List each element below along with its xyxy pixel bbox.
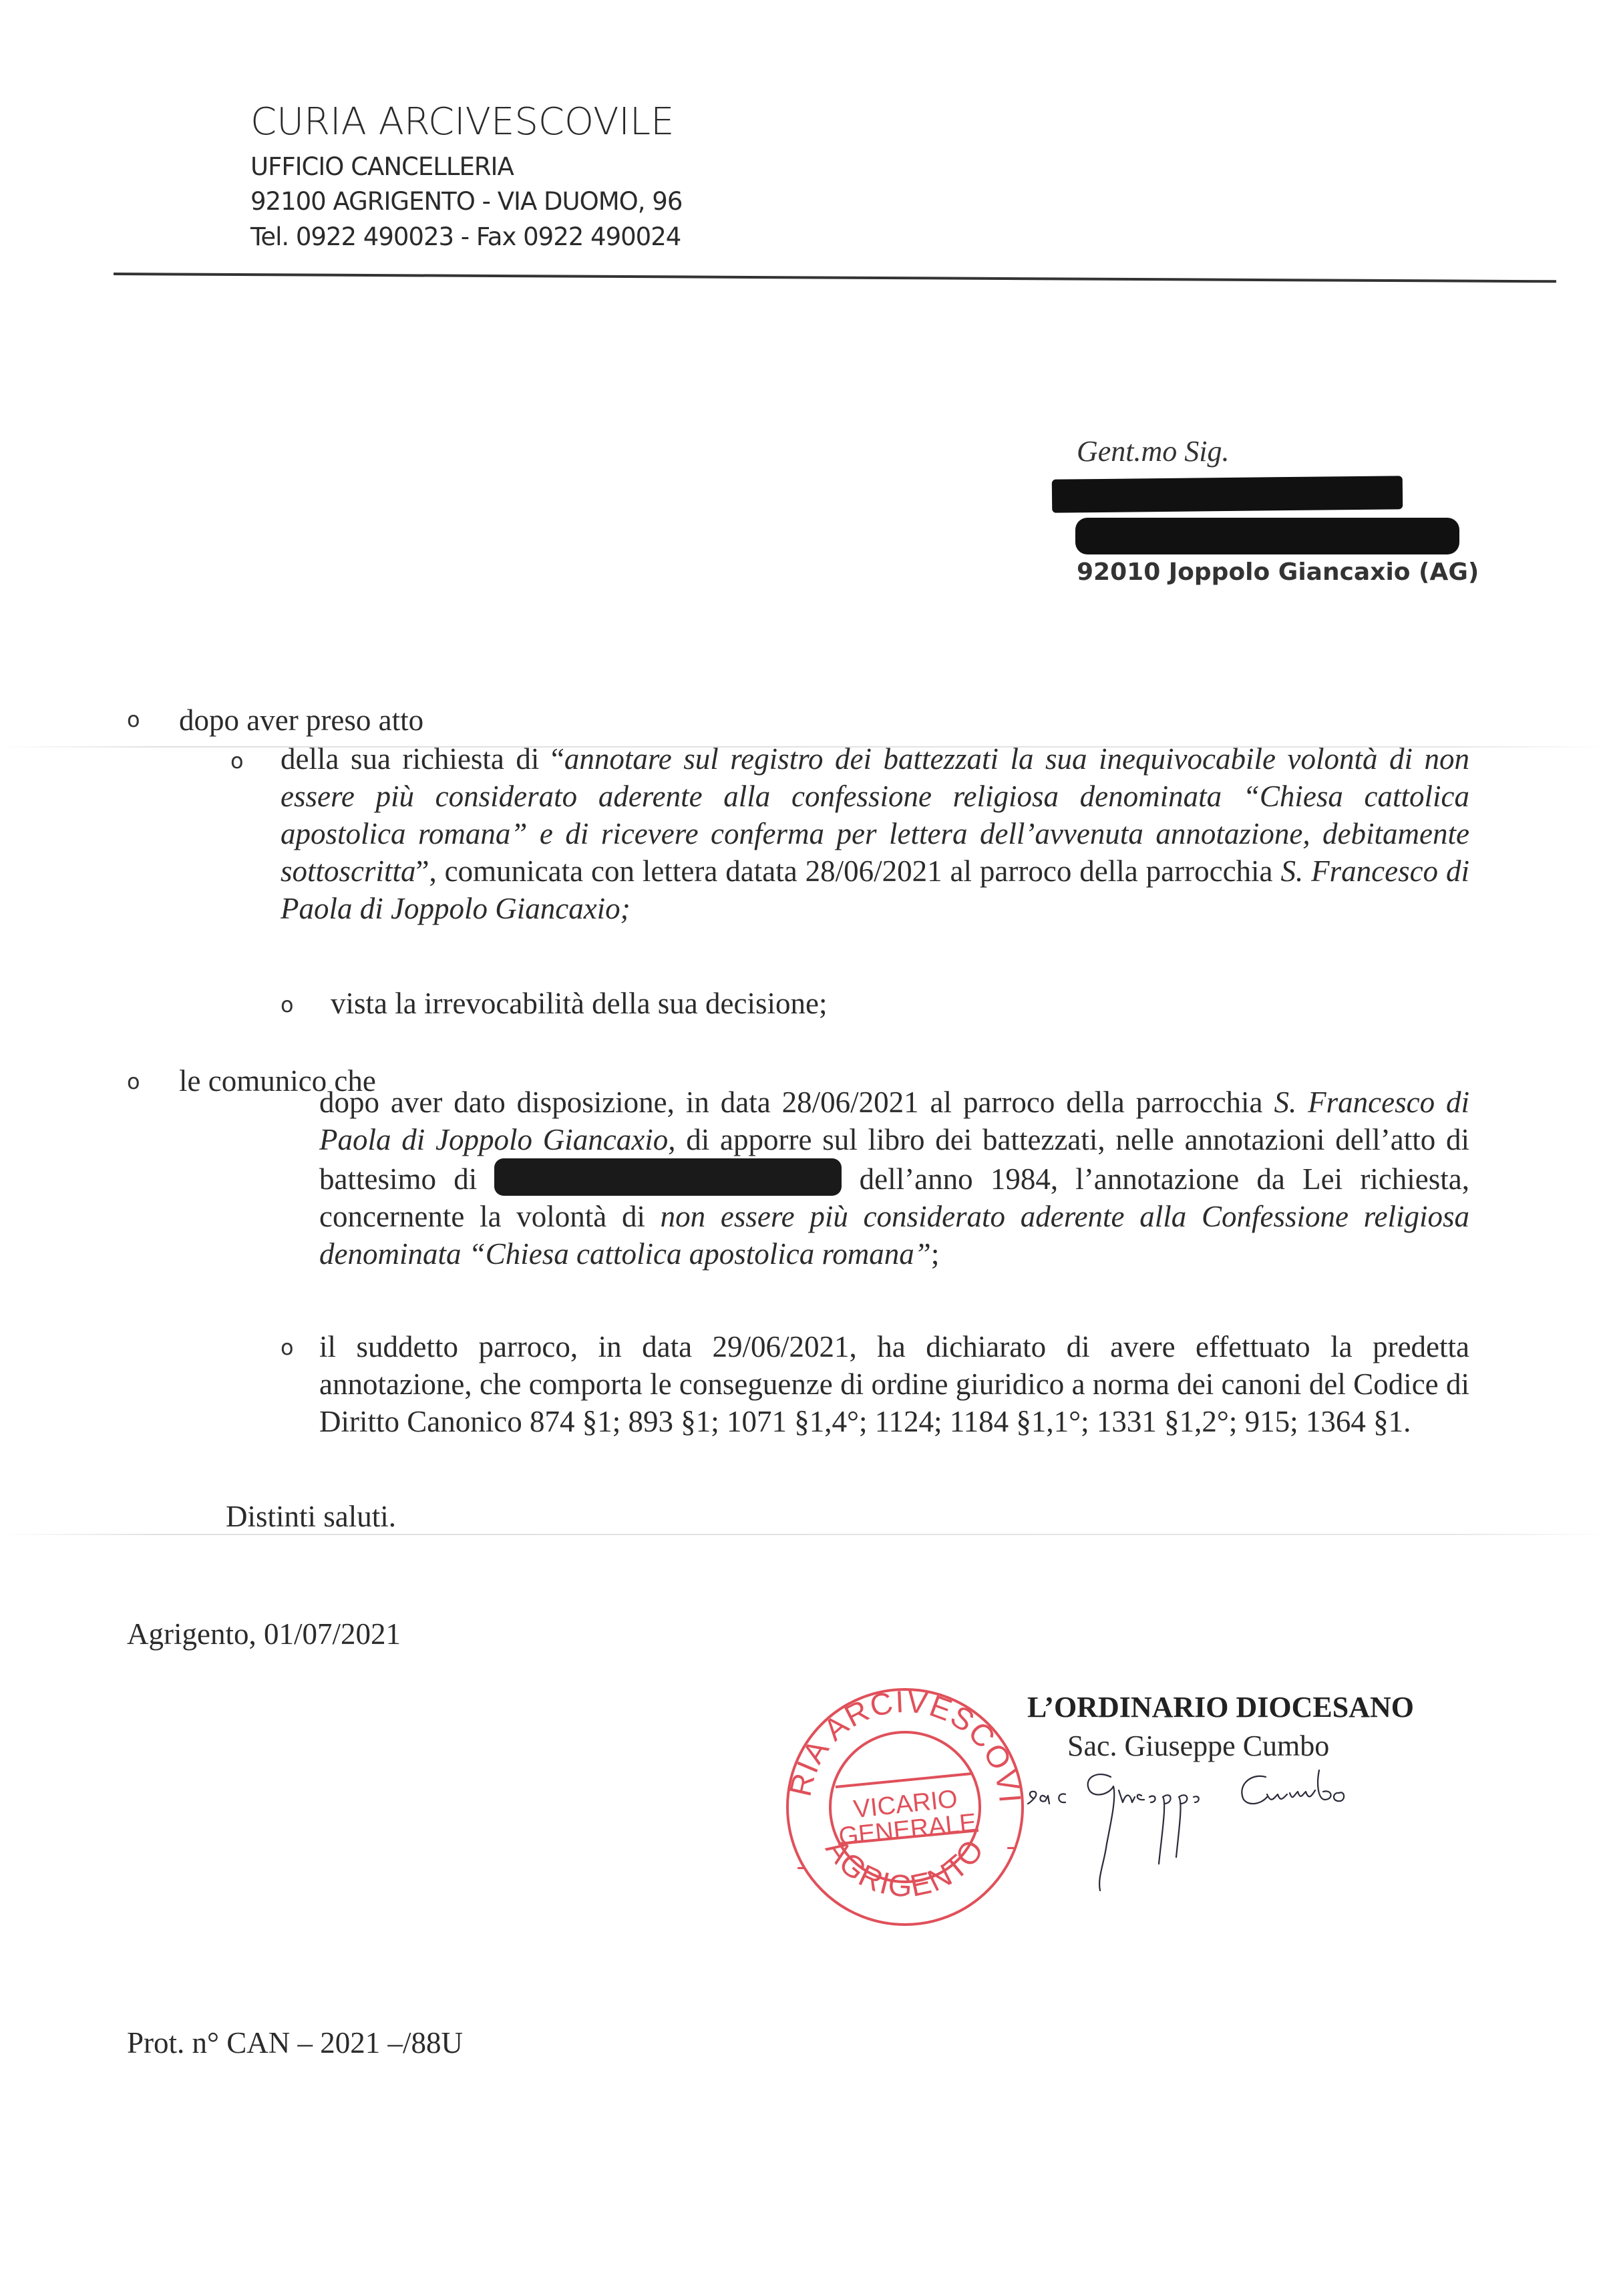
item1-label: dopo aver preso atto bbox=[179, 701, 423, 739]
stamp-text-top: CURIA ARCIVESCOVILE bbox=[778, 1680, 1028, 1805]
item1-request-paragraph: della sua richiesta di “annotare sul reg… bbox=[281, 740, 1469, 927]
letterhead-address: 92100 AGRIGENTO - VIA DUOMO, 96 bbox=[250, 187, 682, 216]
place-date: Agrigento, 01/07/2021 bbox=[127, 1615, 401, 1653]
stamp-separator: - bbox=[1006, 1832, 1015, 1861]
signatory-role: L’ORDINARIO DIOCESANO bbox=[1027, 1690, 1414, 1724]
disposition-end: ; bbox=[931, 1237, 940, 1271]
item2-disposition-paragraph: dopo aver dato disposizione, in data 28/… bbox=[319, 1084, 1469, 1273]
request-lead: della sua richiesta di “ bbox=[281, 742, 564, 776]
letterhead-title: CURIA ARCIVESCOVILE bbox=[250, 100, 675, 144]
bullet-icon: o bbox=[281, 1335, 294, 1360]
request-tail: ”, comunicata con lettera datata 28/06/2… bbox=[416, 854, 1281, 888]
addressee-city: 92010 Joppolo Giancaxio (AG) bbox=[1077, 558, 1479, 586]
official-stamp: CURIA ARCIVESCOVILE AGRIGENTO VICARIO GE… bbox=[778, 1680, 1032, 1934]
bullet-icon: o bbox=[127, 707, 140, 732]
redacted-addressee-name bbox=[1052, 476, 1403, 512]
item2-execution-paragraph: il suddetto parroco, in data 29/06/2021,… bbox=[319, 1328, 1469, 1440]
redacted-baptized-name bbox=[494, 1158, 842, 1196]
addressee-greeting: Gent.mo Sig. bbox=[1077, 434, 1230, 468]
letterhead-divider bbox=[114, 273, 1556, 283]
disposition-lead: dopo aver dato disposizione, in data 28/… bbox=[319, 1086, 1274, 1119]
protocol-number: Prot. n° CAN – 2021 –/88U bbox=[127, 2024, 463, 2062]
handwritten-signature bbox=[1025, 1757, 1439, 1917]
item1-decision-note: vista la irrevocabilità della sua decisi… bbox=[331, 985, 827, 1022]
bullet-icon: o bbox=[127, 1069, 140, 1094]
bullet-icon: o bbox=[281, 992, 294, 1017]
letterhead-office: UFFICIO CANCELLERIA bbox=[250, 152, 514, 181]
bullet-icon: o bbox=[230, 748, 244, 774]
stamp-separator: - bbox=[796, 1852, 805, 1881]
letterhead-contacts: Tel. 0922 490023 - Fax 0922 490024 bbox=[250, 222, 681, 251]
redacted-addressee-street bbox=[1075, 518, 1459, 554]
closing-salutation: Distinti saluti. bbox=[226, 1498, 396, 1535]
svg-text:CURIA ARCIVESCOVILE: CURIA ARCIVESCOVILE bbox=[778, 1680, 1028, 1805]
